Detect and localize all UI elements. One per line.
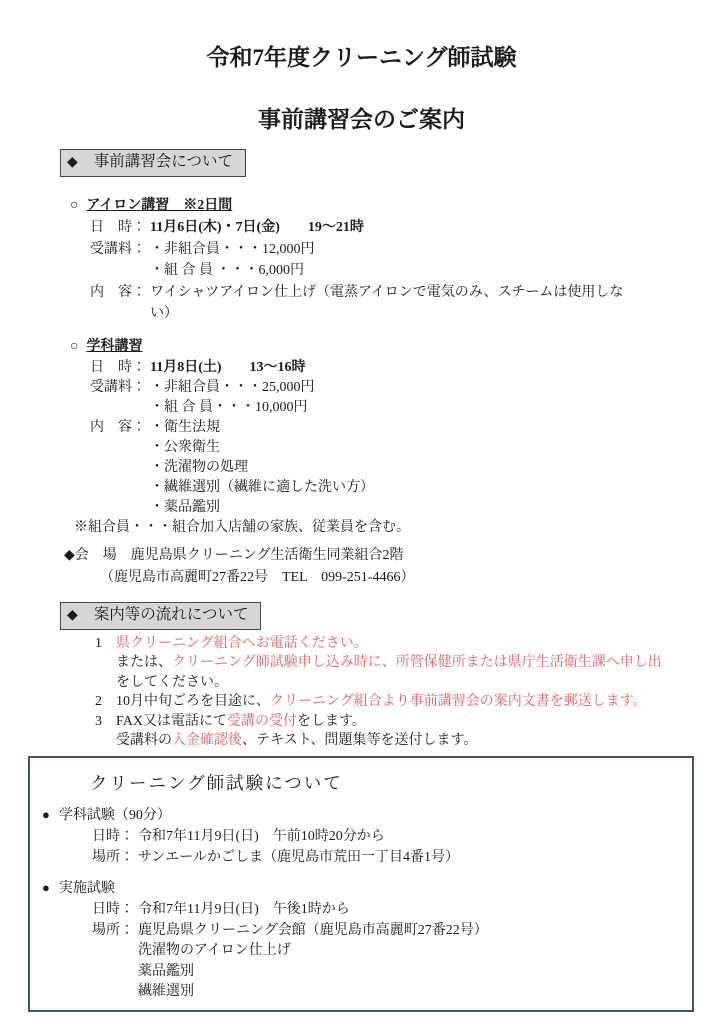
datetime-value: 令和7年11月9日(日) 午後1時から <box>138 900 692 921</box>
exam-box-title: クリーニング師試験について <box>90 771 692 795</box>
doc-title-line1: 令和7年度クリーニング師試験 <box>0 0 723 74</box>
written-exam-section: ●学科試験（90分） 日時： 令和7年11月9日(日) 午前10時20分から 場… <box>30 804 692 868</box>
content-label-spacer <box>90 438 150 458</box>
diamond-icon: ◆ <box>67 608 78 623</box>
written-exam-heading: ●学科試験（90分） <box>42 804 692 827</box>
step-number: 2 <box>95 692 116 712</box>
exam-heading-label: 学科試験（90分） <box>59 808 171 823</box>
lecture-course-heading: ○学科講習 <box>70 336 723 358</box>
bullet-icon: ● <box>42 807 50 822</box>
written-place-row: 場所： サンエールかごしま（鹿児島市荒田一丁目4番1号） <box>92 848 692 869</box>
step-line: 受講料の入金確認後、テキスト、問題集等を送付します。 <box>116 731 477 751</box>
flow-step: 1 県クリーニング組合へお電話ください。 または、クリーニング師試験申し込み時に… <box>95 634 723 693</box>
datetime-label: 日 時： <box>90 217 150 239</box>
venue-label: ◆会 場 <box>64 548 117 563</box>
content-label: 内 容： <box>90 282 150 304</box>
section-header-label: 事前講習会について <box>94 153 233 170</box>
circle-marker-icon: ○ <box>70 339 78 354</box>
content-item: ・公衆衛生 <box>150 438 723 458</box>
content-item: ・薬品鑑別 <box>150 498 723 518</box>
circle-marker-icon: ○ <box>70 198 78 213</box>
lecture-fee-row: ・組 合 員・・・10,000円 <box>90 398 723 418</box>
content-label-spacer <box>90 478 150 498</box>
step-line: 県クリーニング組合へお電話ください。 <box>116 634 662 654</box>
fee-nonmember: ・非組合員・・・25,000円 <box>150 378 723 398</box>
lecture-course-section: ○学科講習 日 時： 11月8日(土) 13～16時 受講料： ・非組合員・・・… <box>0 336 723 538</box>
place-value: サンエールかごしま（鹿児島市荒田一丁目4番1号） <box>138 848 692 869</box>
exam-info-box: クリーニング師試験について ●学科試験（90分） 日時： 令和7年11月9日(日… <box>28 756 694 1012</box>
place-value: 鹿児島県クリーニング会館（鹿児島市高麗町27番22号） <box>138 921 692 942</box>
doc-title-line2: 事前講習会のご案内 <box>0 104 723 136</box>
section-header-pre-session: ◆事前講習会について <box>60 149 246 177</box>
practical-item: 繊維選別 <box>138 982 692 1003</box>
lecture-datetime-row: 日 時： 11月8日(土) 13～16時 <box>90 358 723 378</box>
iron-course-title: アイロン講習 ※2日間 <box>86 198 232 213</box>
venue-line: ◆会 場鹿児島県クリーニング生活衛生同業組合2階 <box>64 545 723 567</box>
content-item: ・衛生法規 <box>150 418 723 438</box>
content-label: 内 容： <box>90 418 150 438</box>
place-label: 場所： <box>92 848 138 869</box>
lecture-content-row: 内 容： ・衛生法規 <box>90 418 723 438</box>
lecture-fee-row: 受講料： ・非組合員・・・25,000円 <box>90 378 723 398</box>
lecture-content-row: ・洗濯物の処理 <box>90 458 723 478</box>
iron-fee-row: ・組 合 員 ・・・6,000円 <box>90 260 723 282</box>
fee-label-spacer <box>90 398 150 418</box>
fee-member: ・組 合 員 ・・・6,000円 <box>150 260 723 282</box>
lecture-content-row: ・繊維選別（繊維に適した洗い方） <box>90 478 723 498</box>
step-lines: FAX又は電話にて受講の受付をします。 受講料の入金確認後、テキスト、問題集等を… <box>116 712 477 751</box>
flow-step: 2 10月中旬ごろを目途に、クリーニング組合より事前講習会の案内文書を郵送します… <box>95 692 723 712</box>
section-header-label: 案内等の流れについて <box>94 606 249 623</box>
iron-fee-row: 受講料： ・非組合員・・・12,000円 <box>90 239 723 261</box>
fee-label: 受講料： <box>90 378 150 398</box>
content-label-spacer <box>90 498 150 518</box>
step-number: 1 <box>95 634 116 693</box>
practical-exam-heading: ●実施試験 <box>42 877 692 900</box>
practical-datetime-row: 日時： 令和7年11月9日(日) 午後1時から <box>92 900 692 921</box>
practical-item: 薬品鑑別 <box>138 962 692 983</box>
content-label-spacer <box>90 303 150 325</box>
content-item: ・繊維選別（繊維に適した洗い方） <box>150 478 723 498</box>
content-item: ・洗濯物の処理 <box>150 458 723 478</box>
venue-name: 鹿児島県クリーニング生活衛生同業組合2階 <box>131 548 404 563</box>
flow-list: 1 県クリーニング組合へお電話ください。 または、クリーニング師試験申し込み時に… <box>0 634 723 752</box>
lecture-content-row: ・薬品鑑別 <box>90 498 723 518</box>
content-label-spacer <box>90 458 150 478</box>
content-line: ワイシャツアイロン仕上げ（電蒸アイロンで電気のみ、スチームは使用しな <box>150 282 723 304</box>
datetime-label: 日時： <box>92 827 138 848</box>
written-datetime-row: 日時： 令和7年11月9日(日) 午前10時20分から <box>92 827 692 848</box>
exam-heading-label: 実施試験 <box>59 881 115 896</box>
fee-member: ・組 合 員・・・10,000円 <box>150 398 723 418</box>
iron-datetime-row: 日 時： 11月6日(木)・7日(金) 19～21時 <box>90 217 723 239</box>
datetime-label: 日 時： <box>90 358 150 378</box>
practical-exam-section: ●実施試験 日時： 令和7年11月9日(日) 午後1時から 場所： 鹿児島県クリ… <box>30 877 692 1003</box>
fee-label: 受講料： <box>90 239 150 261</box>
practical-place-row: 場所： 鹿児島県クリーニング会館（鹿児島市高麗町27番22号） <box>92 921 692 942</box>
diamond-icon: ◆ <box>67 155 78 170</box>
place-label: 場所： <box>92 921 138 942</box>
member-note: ※組合員・・・組合加入店舗の家族、従業員を含む。 <box>74 518 723 538</box>
document-page: 令和7年度クリーニング師試験 事前講習会のご案内 ◆事前講習会について ○アイロ… <box>0 0 723 1024</box>
datetime-value: 令和7年11月9日(日) 午前10時20分から <box>138 827 692 848</box>
step-number: 3 <box>95 712 116 751</box>
flow-step: 3 FAX又は電話にて受講の受付をします。 受講料の入金確認後、テキスト、問題集… <box>95 712 723 751</box>
venue-address: （鹿児島市高麗町27番22号 TEL 099-251-4466） <box>100 567 723 589</box>
step-line: 10月中旬ごろを目途に、クリーニング組合より事前講習会の案内文書を郵送します。 <box>116 692 647 712</box>
lecture-content-row: ・公衆衛生 <box>90 438 723 458</box>
datetime-value: 11月8日(土) 13～16時 <box>150 358 723 378</box>
fee-nonmember: ・非組合員・・・12,000円 <box>150 239 723 261</box>
iron-content-row: 内 容： ワイシャツアイロン仕上げ（電蒸アイロンで電気のみ、スチームは使用しな <box>90 282 723 304</box>
iron-course-section: ○アイロン講習 ※2日間 日 時： 11月6日(木)・7日(金) 19～21時 … <box>0 195 723 325</box>
step-lines: 県クリーニング組合へお電話ください。 または、クリーニング師試験申し込み時に、所… <box>116 634 662 693</box>
venue-section: ◆会 場鹿児島県クリーニング生活衛生同業組合2階 （鹿児島市高麗町27番22号 … <box>0 545 723 589</box>
fee-label-spacer <box>90 260 150 282</box>
step-line: FAX又は電話にて受講の受付をします。 <box>116 712 477 732</box>
iron-content-row: い） <box>90 303 723 325</box>
iron-course-heading: ○アイロン講習 ※2日間 <box>70 195 723 217</box>
datetime-label: 日時： <box>92 900 138 921</box>
content-line: い） <box>150 303 723 325</box>
step-lines: 10月中旬ごろを目途に、クリーニング組合より事前講習会の案内文書を郵送します。 <box>116 692 647 712</box>
step-line: をしてください。 <box>116 673 662 693</box>
section-header-flow: ◆案内等の流れについて <box>60 602 261 630</box>
step-line: または、クリーニング師試験申し込み時に、所管保健所または県庁生活衛生課へ申し出 <box>116 653 662 673</box>
bullet-icon: ● <box>42 880 50 895</box>
datetime-value: 11月6日(木)・7日(金) 19～21時 <box>150 217 723 239</box>
practical-item: 洗濯物のアイロン仕上げ <box>138 941 692 962</box>
lecture-course-title: 学科講習 <box>86 339 142 354</box>
